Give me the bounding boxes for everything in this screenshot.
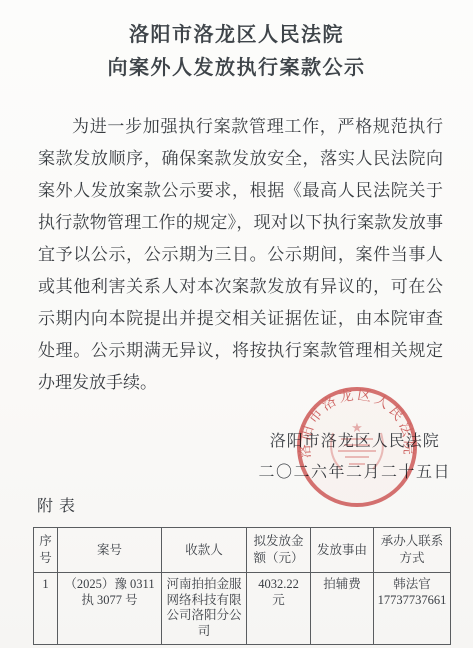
announcement-body: 为进一步加强执行案款管理工作，严格规范执行案款发放顺序，确保案款发放安全，落实人… <box>38 111 443 399</box>
signature-block: 洛阳市洛龙区人民法院 二〇二六年二月二十五日 <box>0 427 473 489</box>
court-announcement-page: 洛阳市洛龙区人民法院 向案外人发放执行案款公示 为进一步加强执行案款管理工作，严… <box>0 0 473 648</box>
signature-inner: 洛阳市洛龙区人民法院 二〇二六年二月二十五日 <box>258 427 451 489</box>
cell-contact: 韩法官 17737737661 <box>374 573 451 645</box>
cell-seq: 1 <box>34 573 58 645</box>
title-line-1: 洛阳市洛龙区人民法院 <box>0 19 473 52</box>
col-header-reason: 发放事由 <box>311 528 374 573</box>
cell-payee: 河南拍拍金服网络科技有限公司洛阳分公司 <box>162 573 247 645</box>
signature-court-name: 洛阳市洛龙区人民法院 <box>258 427 451 457</box>
signature-date: 二〇二六年二月二十五日 <box>258 457 451 489</box>
amount-value: 4032.22 <box>249 577 308 593</box>
col-header-case-no: 案号 <box>58 528 162 573</box>
col-header-amount: 拟发放金额（元） <box>247 528 311 573</box>
title-line-2: 向案外人发放执行案款公示 <box>0 52 473 85</box>
cell-amount: 4032.22 元 <box>247 573 311 645</box>
contact-name: 韩法官 <box>376 577 448 593</box>
table-row: 1 （2025）豫 0311 执 3077 号 河南拍拍金服网络科技有限公司洛阳… <box>34 573 451 645</box>
col-header-payee: 收款人 <box>162 528 247 573</box>
table-header-row: 序号 案号 收款人 拟发放金额（元） 发放事由 承办人联系方式 <box>34 528 451 573</box>
fund-distribution-table: 序号 案号 收款人 拟发放金额（元） 发放事由 承办人联系方式 1 （2025）… <box>33 527 451 645</box>
cell-case-no: （2025）豫 0311 执 3077 号 <box>58 573 162 645</box>
amount-unit: 元 <box>249 593 308 609</box>
annex-label: 附表 <box>37 497 473 517</box>
col-header-seq: 序号 <box>34 528 58 573</box>
contact-phone: 17737737661 <box>376 593 448 609</box>
col-header-contact: 承办人联系方式 <box>374 528 451 573</box>
cell-reason: 拍辅费 <box>311 573 374 645</box>
document-title: 洛阳市洛龙区人民法院 向案外人发放执行案款公示 <box>0 0 473 85</box>
